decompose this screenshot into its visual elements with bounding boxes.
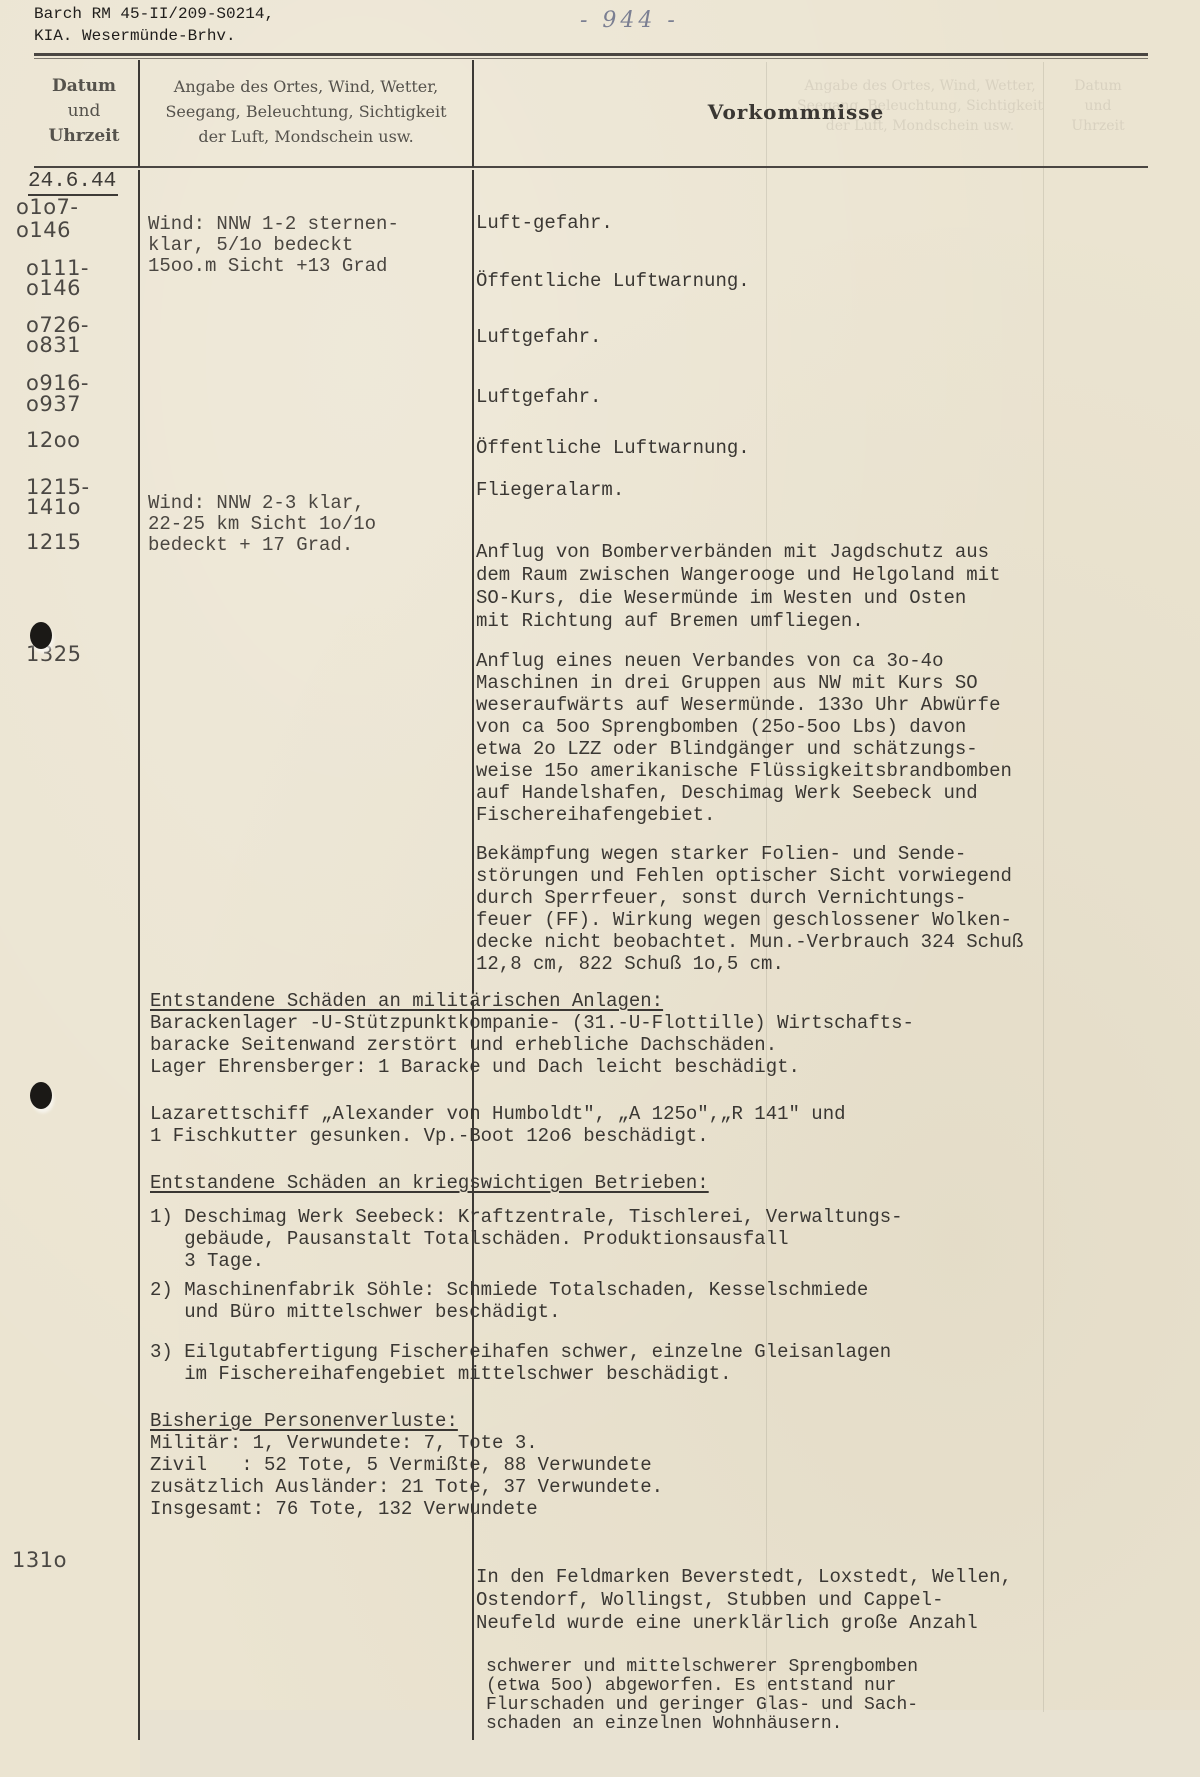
casualties-total: Insgesamt: 76 Tote, 132 Verwundete xyxy=(150,1498,538,1520)
casualties-foreigners: zusätzlich Ausländer: 21 Tote, 37 Verwun… xyxy=(150,1476,663,1498)
time-1215b: 1215 xyxy=(26,530,81,554)
time-0146: o146 xyxy=(16,218,71,242)
header-datum-uhrzeit: Datum und Uhrzeit xyxy=(34,74,134,149)
header-vorkommnisse: Vorkommnisse xyxy=(476,100,1116,124)
event-bekaempfung: Bekämpfung wegen starker Folien- und Sen… xyxy=(476,843,1023,975)
punch-hole xyxy=(30,1082,52,1109)
event-anflug-bomberverbaende: Anflug von Bomberverbänden mit Jagdschut… xyxy=(476,541,1001,633)
industry-item-1: 1) Deschimag Werk Seebeck: Kraftzentrale… xyxy=(150,1206,903,1272)
header-top-rule xyxy=(34,53,1148,56)
industry-item-3: 3) Eilgutabfertigung Fischereihafen schw… xyxy=(150,1341,891,1385)
event-feldmarken: In den Feldmarken Beverstedt, Loxstedt, … xyxy=(476,1566,1012,1635)
weather-entry-2: Wind: NNW 2-3 klar, 22-25 km Sicht 1o/1o… xyxy=(148,493,478,556)
time-1310: 131o xyxy=(12,1548,67,1572)
time-0831: o831 xyxy=(26,333,81,357)
header-bottom-rule xyxy=(34,166,1148,168)
section-title: Entstandene Schäden an militärischen Anl… xyxy=(150,990,663,1012)
section-title: Entstandene Schäden an kriegswichtigen B… xyxy=(150,1172,709,1194)
event-luftgefahr-2: Luftgefahr. xyxy=(476,326,601,349)
archive-reference: Barch RM 45-II/209-S0214, KIA. Wesermünd… xyxy=(34,3,274,47)
event-anflug-neuer-verband: Anflug eines neuen Verbandes von ca 3o-4… xyxy=(476,650,1012,826)
section-damage-industry: Entstandene Schäden an kriegswichtigen B… xyxy=(150,1172,709,1194)
damage-ships: Lazarettschiff „Alexander von Humboldt",… xyxy=(150,1103,846,1147)
handwritten-page-number: - 944 - xyxy=(580,8,679,33)
time-0107: o1o7- xyxy=(16,195,79,219)
event-oeffentliche-luftwarnung-1: Öffentliche Luftwarnung. xyxy=(476,270,750,293)
time-1200: 12oo xyxy=(26,428,80,452)
section-casualties: Bisherige Personenverluste: Militär: 1, … xyxy=(150,1410,663,1520)
archive-ref-line-1: Barch RM 45-II/209-S0214, xyxy=(34,5,274,23)
entry-date: 24.6.44 xyxy=(28,170,118,196)
event-sprengbomben-abgeworfen: schwerer und mittelschwerer Sprengbomben… xyxy=(486,1658,918,1734)
time-0146b: o146 xyxy=(26,276,81,300)
casualties-civil: Zivil : 52 Tote, 5 Vermißte, 88 Verwunde… xyxy=(150,1454,652,1476)
event-luftgefahr-3: Luftgefahr. xyxy=(476,386,601,409)
showthrough-rule xyxy=(1043,62,1044,1712)
casualties-military: Militär: 1, Verwundete: 7, Tote 3. xyxy=(150,1432,538,1454)
header-top-rule-thin xyxy=(34,58,1148,59)
archive-ref-line-2: KIA. Wesermünde-Brhv. xyxy=(34,27,236,45)
column-divider-2-upper xyxy=(472,170,474,993)
section-damage-military: Entstandene Schäden an militärischen Anl… xyxy=(150,990,914,1078)
time-1410: 141o xyxy=(26,495,81,519)
column-divider-1 xyxy=(138,170,140,1740)
event-oeffentliche-luftwarnung-2: Öffentliche Luftwarnung. xyxy=(476,437,750,460)
punch-hole xyxy=(30,622,52,649)
industry-item-2: 2) Maschinenfabrik Söhle: Schmiede Total… xyxy=(150,1279,868,1323)
header-ort-wetter: Angabe des Ortes, Wind, Wetter, Seegang,… xyxy=(138,74,474,149)
weather-entry-1: Wind: NNW 1-2 sternen- klar, 5/1o bedeck… xyxy=(148,214,478,277)
event-fliegeralarm: Fliegeralarm. xyxy=(476,479,624,502)
time-0937: o937 xyxy=(26,392,81,416)
section-title: Bisherige Personenverluste: xyxy=(150,1410,458,1432)
event-luftgefahr-1: Luft-gefahr. xyxy=(476,212,613,235)
